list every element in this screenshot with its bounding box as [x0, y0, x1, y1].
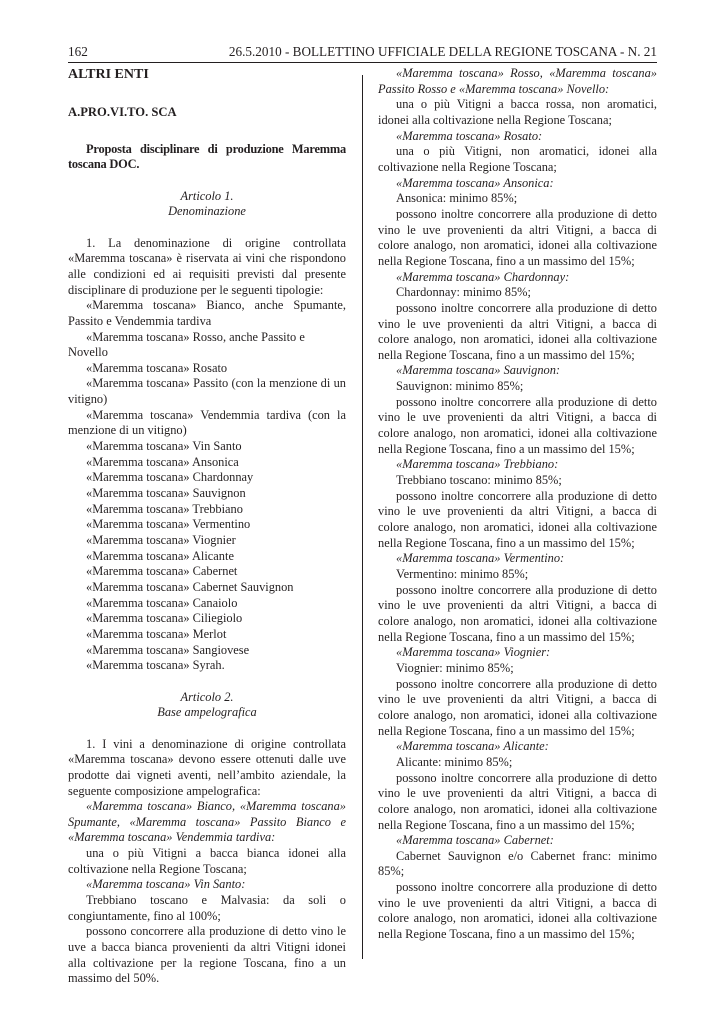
varietal-viognier: «Maremma toscana» Viognier: Viognier: mi…: [378, 645, 657, 739]
varietal-alicante: «Maremma toscana» Alicante: Alicante: mi…: [378, 739, 657, 833]
list-item: «Maremma toscana» Viognier: [68, 533, 346, 549]
article1-subheading: Denominazione: [68, 204, 346, 220]
varietal-label: «Maremma toscana» Sauvignon:: [378, 363, 657, 379]
varietal-sauvignon: «Maremma toscana» Sauvignon: Sauvignon: …: [378, 363, 657, 457]
rosso-text: una o più Vitigni a bacca rossa, non aro…: [378, 97, 657, 128]
varietal-label: «Maremma toscana» Cabernet:: [378, 833, 657, 849]
page-header: 162 26.5.2010 - BOLLETTINO UFFICIALE DEL…: [68, 44, 657, 62]
right-column: «Maremma toscana» Rosso, «Maremma toscan…: [378, 66, 657, 943]
vinsanto-text-2: possono concorrere alla produzione di de…: [68, 924, 346, 987]
article1-heading: Articolo 1.: [68, 189, 346, 205]
article2-intro: 1. I vini a denominazione di origine con…: [68, 737, 346, 800]
list-item: «Maremma toscana» Rosato: [68, 361, 346, 377]
varietal-chardonnay: «Maremma toscana» Chardonnay: Chardonnay…: [378, 270, 657, 364]
list-item: «Maremma toscana» Rosso, anche Passito e…: [68, 330, 346, 361]
list-item: «Maremma toscana» Vin Santo: [68, 439, 346, 455]
column-divider: [362, 75, 363, 959]
page-number: 162: [68, 44, 88, 60]
rosato-label: «Maremma toscana» Rosato:: [378, 129, 657, 145]
list-item: «Maremma toscana» Alicante: [68, 549, 346, 565]
varietal-minimum: Viognier: minimo 85%;: [378, 661, 657, 677]
list-item: «Maremma toscana» Merlot: [68, 627, 346, 643]
varietal-ansonica: «Maremma toscana» Ansonica: Ansonica: mi…: [378, 176, 657, 270]
varietal-text: possono inoltre concorrere alla produzio…: [378, 880, 657, 943]
list-item: «Maremma toscana» Sangiovese: [68, 643, 346, 659]
varietal-text: possono inoltre concorrere alla produzio…: [378, 583, 657, 646]
article2-heading: Articolo 2.: [68, 690, 346, 706]
bianco-text: una o più Vitigni a bacca bianca idonei …: [68, 846, 346, 877]
list-item: «Maremma toscana» Trebbiano: [68, 502, 346, 518]
list-item: «Maremma toscana» Ansonica: [68, 455, 346, 471]
varietal-minimum: Vermentino: minimo 85%;: [378, 567, 657, 583]
varietal-minimum: Cabernet Sauvignon e/o Cabernet franc: m…: [378, 849, 657, 880]
list-item: «Maremma toscana» Cabernet Sauvignon: [68, 580, 346, 596]
varietal-vermentino: «Maremma toscana» Vermentino: Vermentino…: [378, 551, 657, 645]
varietal-minimum: Alicante: minimo 85%;: [378, 755, 657, 771]
header-rule: [68, 62, 657, 63]
section-title: ALTRI ENTI: [68, 66, 346, 84]
list-item: «Maremma toscana» Sauvignon: [68, 486, 346, 502]
proposal-title: Proposta disciplinare di produzione Mare…: [68, 142, 346, 173]
varietal-cabernet: «Maremma toscana» Cabernet: Cabernet Sau…: [378, 833, 657, 943]
rosso-label: «Maremma toscana» Rosso, «Maremma toscan…: [378, 66, 657, 97]
varietal-text: possono inoltre concorrere alla produzio…: [378, 207, 657, 270]
varietal-text: possono inoltre concorrere alla produzio…: [378, 677, 657, 740]
list-item: «Maremma toscana» Vermentino: [68, 517, 346, 533]
article1-intro: 1. La denominazione di origine controlla…: [68, 236, 346, 299]
article2-subheading: Base ampelografica: [68, 705, 346, 721]
varietal-label: «Maremma toscana» Trebbiano:: [378, 457, 657, 473]
bianco-label: «Maremma toscana» Bianco, «Maremma tosca…: [68, 799, 346, 846]
vinsanto-text-1: Trebbiano toscano e Malvasia: da soli o …: [68, 893, 346, 924]
varietal-trebbiano: «Maremma toscana» Trebbiano: Trebbiano t…: [378, 457, 657, 551]
list-item: «Maremma toscana» Bianco, anche Spumante…: [68, 298, 346, 329]
varietal-label: «Maremma toscana» Chardonnay:: [378, 270, 657, 286]
varietal-minimum: Sauvignon: minimo 85%;: [378, 379, 657, 395]
varietal-label: «Maremma toscana» Viognier:: [378, 645, 657, 661]
typology-list: «Maremma toscana» Bianco, anche Spumante…: [68, 298, 346, 674]
varietal-text: possono inoltre concorrere alla produzio…: [378, 489, 657, 552]
varietal-label: «Maremma toscana» Ansonica:: [378, 176, 657, 192]
bulletin-title: 26.5.2010 - BOLLETTINO UFFICIALE DELLA R…: [229, 44, 657, 60]
varietal-label: «Maremma toscana» Alicante:: [378, 739, 657, 755]
left-column: ALTRI ENTI A.PRO.VI.TO. SCA Proposta dis…: [68, 66, 346, 987]
list-item: «Maremma toscana» Passito (con la menzio…: [68, 376, 346, 407]
varietal-text: possono inoltre concorrere alla produzio…: [378, 395, 657, 458]
varietal-minimum: Trebbiano toscano: minimo 85%;: [378, 473, 657, 489]
vinsanto-label: «Maremma toscana» Vin Santo:: [68, 877, 346, 893]
varietal-minimum: Chardonnay: minimo 85%;: [378, 285, 657, 301]
varietal-text: possono inoltre concorrere alla produzio…: [378, 301, 657, 364]
list-item: «Maremma toscana» Syrah.: [68, 658, 346, 674]
rosato-text: una o più Vitigni, non aromatici, idonei…: [378, 144, 657, 175]
varietal-label: «Maremma toscana» Vermentino:: [378, 551, 657, 567]
list-item: «Maremma toscana» Ciliegiolo: [68, 611, 346, 627]
list-item: «Maremma toscana» Vendemmia tardiva (con…: [68, 408, 346, 439]
varietal-minimum: Ansonica: minimo 85%;: [378, 191, 657, 207]
varietal-text: possono inoltre concorrere alla produzio…: [378, 771, 657, 834]
list-item: «Maremma toscana» Cabernet: [68, 564, 346, 580]
organization-name: A.PRO.VI.TO. SCA: [68, 105, 346, 121]
list-item: «Maremma toscana» Canaiolo: [68, 596, 346, 612]
list-item: «Maremma toscana» Chardonnay: [68, 470, 346, 486]
